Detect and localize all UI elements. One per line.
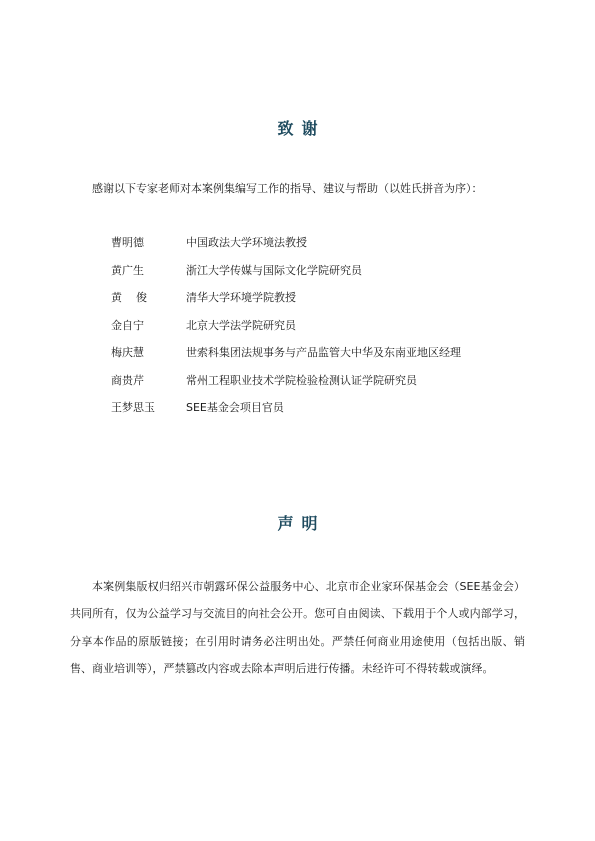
person-name: 王梦思玉: [111, 400, 186, 416]
acknowledgement-row: 金自宁 北京大学法学院研究员: [111, 318, 531, 346]
person-name: 黄广生: [111, 263, 186, 279]
person-name: 梅庆慧: [111, 345, 186, 361]
person-name: 黄 俊: [111, 290, 186, 306]
acknowledgements-title: 致谢: [0, 116, 595, 139]
acknowledgement-row: 梅庆慧 世索科集团法规事务与产品监管大中华及东南亚地区经理: [111, 345, 531, 373]
acknowledgement-row: 曹明德 中国政法大学环境法教授: [111, 235, 531, 263]
acknowledgement-row: 王梦思玉 SEE基金会项目官员: [111, 400, 531, 428]
acknowledgements-list: 曹明德 中国政法大学环境法教授 黄广生 浙江大学传媒与国际文化学院研究员 黄 俊…: [111, 235, 531, 428]
acknowledgement-row: 黄 俊 清华大学环境学院教授: [111, 290, 531, 318]
person-role: 常州工程职业技术学院检验检测认证学院研究员: [186, 373, 531, 389]
acknowledgement-row: 黄广生 浙江大学传媒与国际文化学院研究员: [111, 263, 531, 291]
person-role: SEE基金会项目官员: [186, 400, 531, 416]
person-name: 商贵芹: [111, 373, 186, 389]
person-name: 金自宁: [111, 318, 186, 334]
person-name: 曹明德: [111, 235, 186, 251]
person-role: 浙江大学传媒与国际文化学院研究员: [186, 263, 531, 279]
acknowledgements-intro: 感谢以下专家老师对本案例集编写工作的指导、建议与帮助（以姓氏拼音为序）：: [92, 181, 483, 197]
document-page: 致谢 感谢以下专家老师对本案例集编写工作的指导、建议与帮助（以姓氏拼音为序）： …: [0, 0, 595, 841]
person-role: 北京大学法学院研究员: [186, 318, 531, 334]
person-role: 世索科集团法规事务与产品监管大中华及东南亚地区经理: [186, 345, 531, 361]
acknowledgement-row: 商贵芹 常州工程职业技术学院检验检测认证学院研究员: [111, 373, 531, 401]
statement-title: 声明: [0, 511, 595, 534]
statement-body: 本案例集版权归绍兴市朝露环保公益服务中心、北京市企业家环保基金会（SEE基金会）…: [70, 573, 525, 682]
person-role: 清华大学环境学院教授: [186, 290, 531, 306]
person-role: 中国政法大学环境法教授: [186, 235, 531, 251]
